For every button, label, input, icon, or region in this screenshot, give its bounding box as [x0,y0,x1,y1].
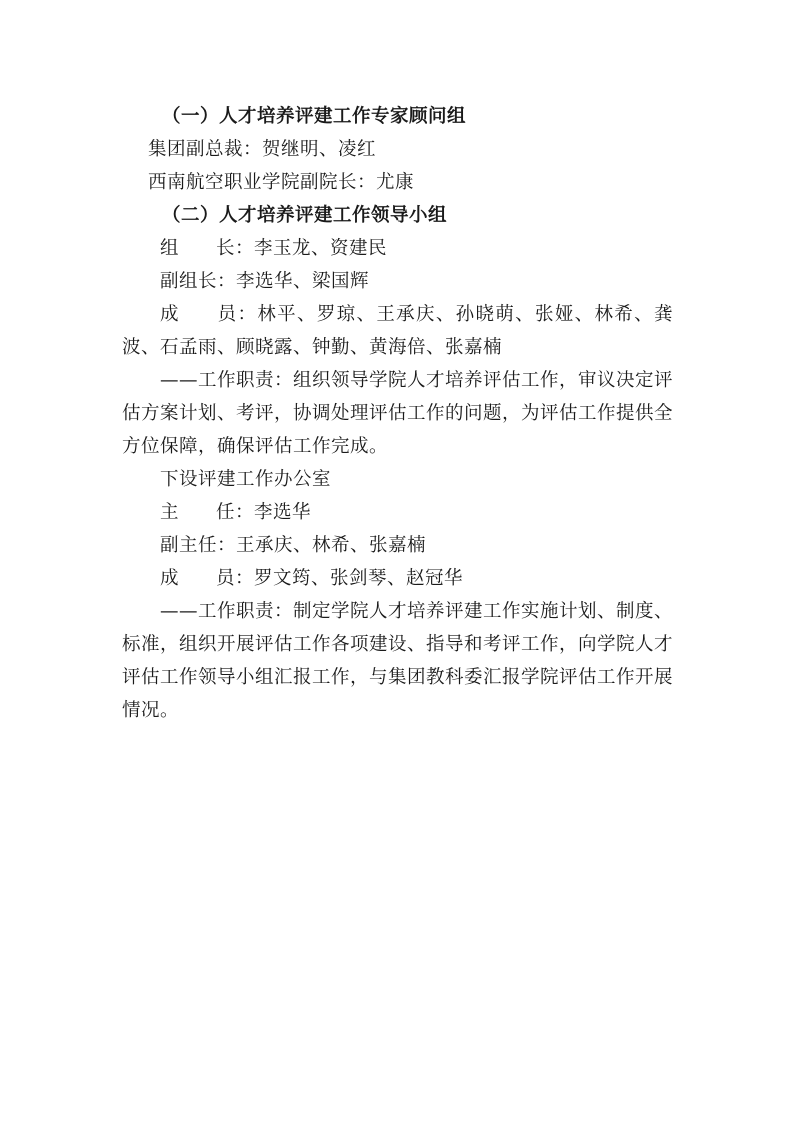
leader-label-b: 长： [216,238,254,259]
director-names: 李选华 [254,502,311,523]
members-names: 林平、罗琼、王承庆、孙晓萌、张娅、林希、龚波、石孟雨、顾晓露、钟勤、黄海倍、张嘉… [122,304,673,358]
office-members-label-b: 员： [216,568,254,589]
office-title: 下设评建工作办公室 [122,463,673,496]
office-duty-paragraph: ——工作职责：制定学院人才培养评建工作实施计划、制度、标准，组织开展评估工作各项… [122,595,673,727]
section1-heading: （一）人才培养评建工作专家顾问组 [122,100,673,133]
deputy-director-names: 王承庆、林希、张嘉楠 [236,535,426,556]
office-members-label-a: 成 [160,568,179,589]
deputy-leader-names: 李选华、梁国辉 [236,271,369,292]
deputy-director-line: 副主任：王承庆、林希、张嘉楠 [122,529,673,562]
director-label-b: 任： [216,502,254,523]
members-paragraph: 成员：林平、罗琼、王承庆、孙晓萌、张娅、林希、龚波、石孟雨、顾晓露、钟勤、黄海倍… [122,298,673,364]
director-label-a: 主 [160,502,179,523]
leader-label-a: 组 [160,238,179,259]
members-label-a: 成 [160,304,180,325]
director-line: 主任：李选华 [122,496,673,529]
section2-heading: （二）人才培养评建工作领导小组 [122,199,673,232]
office-members-line: 成员：罗文筠、张剑琴、赵冠华 [122,562,673,595]
advisor-line-2: 西南航空职业学院副院长：尤康 [122,166,673,199]
document-page: （一）人才培养评建工作专家顾问组 集团副总裁：贺继明、凌红 西南航空职业学院副院… [122,100,673,727]
advisor-line-1: 集团副总裁：贺继明、凌红 [122,133,673,166]
leadership-duty-paragraph: ——工作职责：组织领导学院人才培养评估工作，审议决定评估方案计划、考评，协调处理… [122,364,673,463]
deputy-leader-line: 副组长：李选华、梁国辉 [122,265,673,298]
deputy-director-label: 副主任： [160,535,236,556]
members-label-b: 员： [217,304,258,325]
deputy-leader-label: 副组长： [160,271,236,292]
leader-line: 组长：李玉龙、资建民 [122,232,673,265]
leader-names: 李玉龙、资建民 [254,238,387,259]
office-members-names: 罗文筠、张剑琴、赵冠华 [254,568,463,589]
